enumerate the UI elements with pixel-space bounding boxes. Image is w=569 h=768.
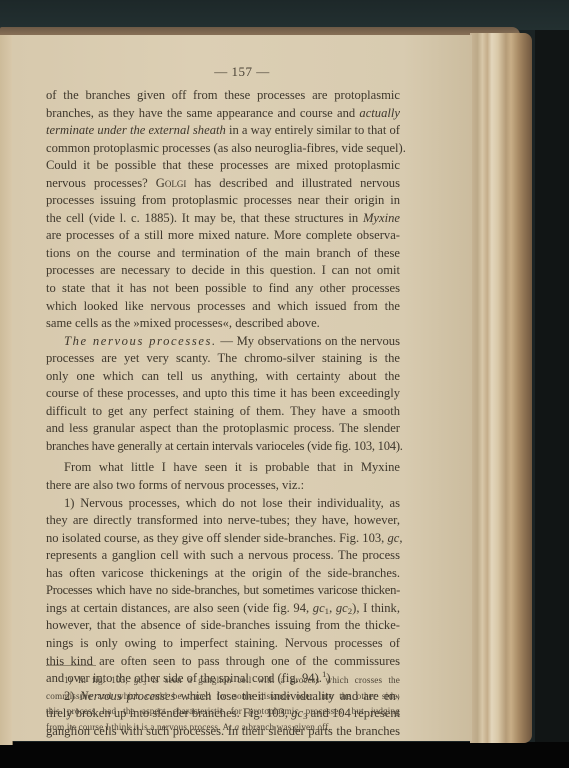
text-line: there are also two forms of nervous proc… [46,477,400,495]
text-line: processes issuing from protoplasmic proc… [46,192,400,210]
text-line: represents a ganglion cell with such a n… [46,547,400,565]
genus-name: Myxine [363,211,400,225]
footnote-line: 1) In fig. 103, gc3 is seen a ganglion c… [46,673,400,689]
text-line: Could it be possible that these processe… [46,157,400,175]
text-line: and less granular aspect than the protop… [46,420,400,438]
text-line: nervous processes? Golgi has described a… [46,175,400,193]
text-line: terminate under the external sheath in a… [46,122,400,140]
text-line: of the branches given off from these pro… [46,87,400,105]
text-line: common protoplasmic processes (as also n… [46,140,400,158]
author-name: Golgi [156,176,187,190]
footnote-line: commissure and which could be traced for… [46,689,400,705]
section-heading: The nervous processes. [64,334,217,348]
book-page-edges [470,33,532,743]
text-line: they are directly transformed into nerve… [46,512,400,530]
page-body-text: of the branches given off from these pro… [46,87,400,740]
footnote: 1) In fig. 103, gc3 is seen a ganglion c… [46,673,400,735]
book-page: — 157 — of the branches given off from t… [12,35,472,741]
text-line: nings is only owing to imperfect stainin… [46,635,400,653]
emphasis-text: actually [359,106,400,120]
list-item-1: 1) Nervous processes, which do not lose … [46,495,400,513]
text-line: only one which can tell us anything, wit… [46,368,400,386]
text-line: no isolated course, as they give off sle… [46,530,400,548]
text-line: the cell (vide l. c. 1885). It may be, t… [46,210,400,228]
text-line: course of these processes, and upto this… [46,385,400,403]
text-line: however, that the absence of side-branch… [46,617,400,635]
footnote-divider [46,665,96,666]
emphasis-text: terminate under the external sheath [46,123,226,137]
text-line: has often varicose thickenings at the or… [46,565,400,583]
section-heading-line: The nervous processes. — My observations… [46,333,400,351]
text-line: processes are yet very scanty. The chrom… [46,350,400,368]
text-line: Processes which have no side-branches, b… [46,582,400,600]
footnote-line: from its course I think it is a nervous … [46,720,400,736]
text-line: are processes of a still more mixed natu… [46,227,400,245]
scan-background-right [535,30,569,768]
text-line: same cells as the »mixed processes«, des… [46,315,400,333]
scan-background-bottom [0,742,569,768]
text-line: From what little I have seen it is proba… [46,459,400,477]
page-number: — 157 — [12,64,472,80]
text-line: tions on the course and termination of t… [46,245,400,263]
text-line: to state that it has not been possible t… [46,280,400,298]
scan-background-top [0,0,569,30]
text-line: difficult to get any perfect staining of… [46,403,400,421]
text-line: this kind are often seen to pass through… [46,653,400,671]
footnote-line: this process had the aspect characterist… [46,704,400,720]
text-line: branches have generally at certain inter… [46,438,400,456]
text-line: branches, as they have the same appearan… [46,105,400,123]
text-line: processes are necessary to decide in thi… [46,262,400,280]
text-line: which looked like nervous processes and … [46,298,400,316]
text-line: ings at certain distances, are also seen… [46,600,400,618]
